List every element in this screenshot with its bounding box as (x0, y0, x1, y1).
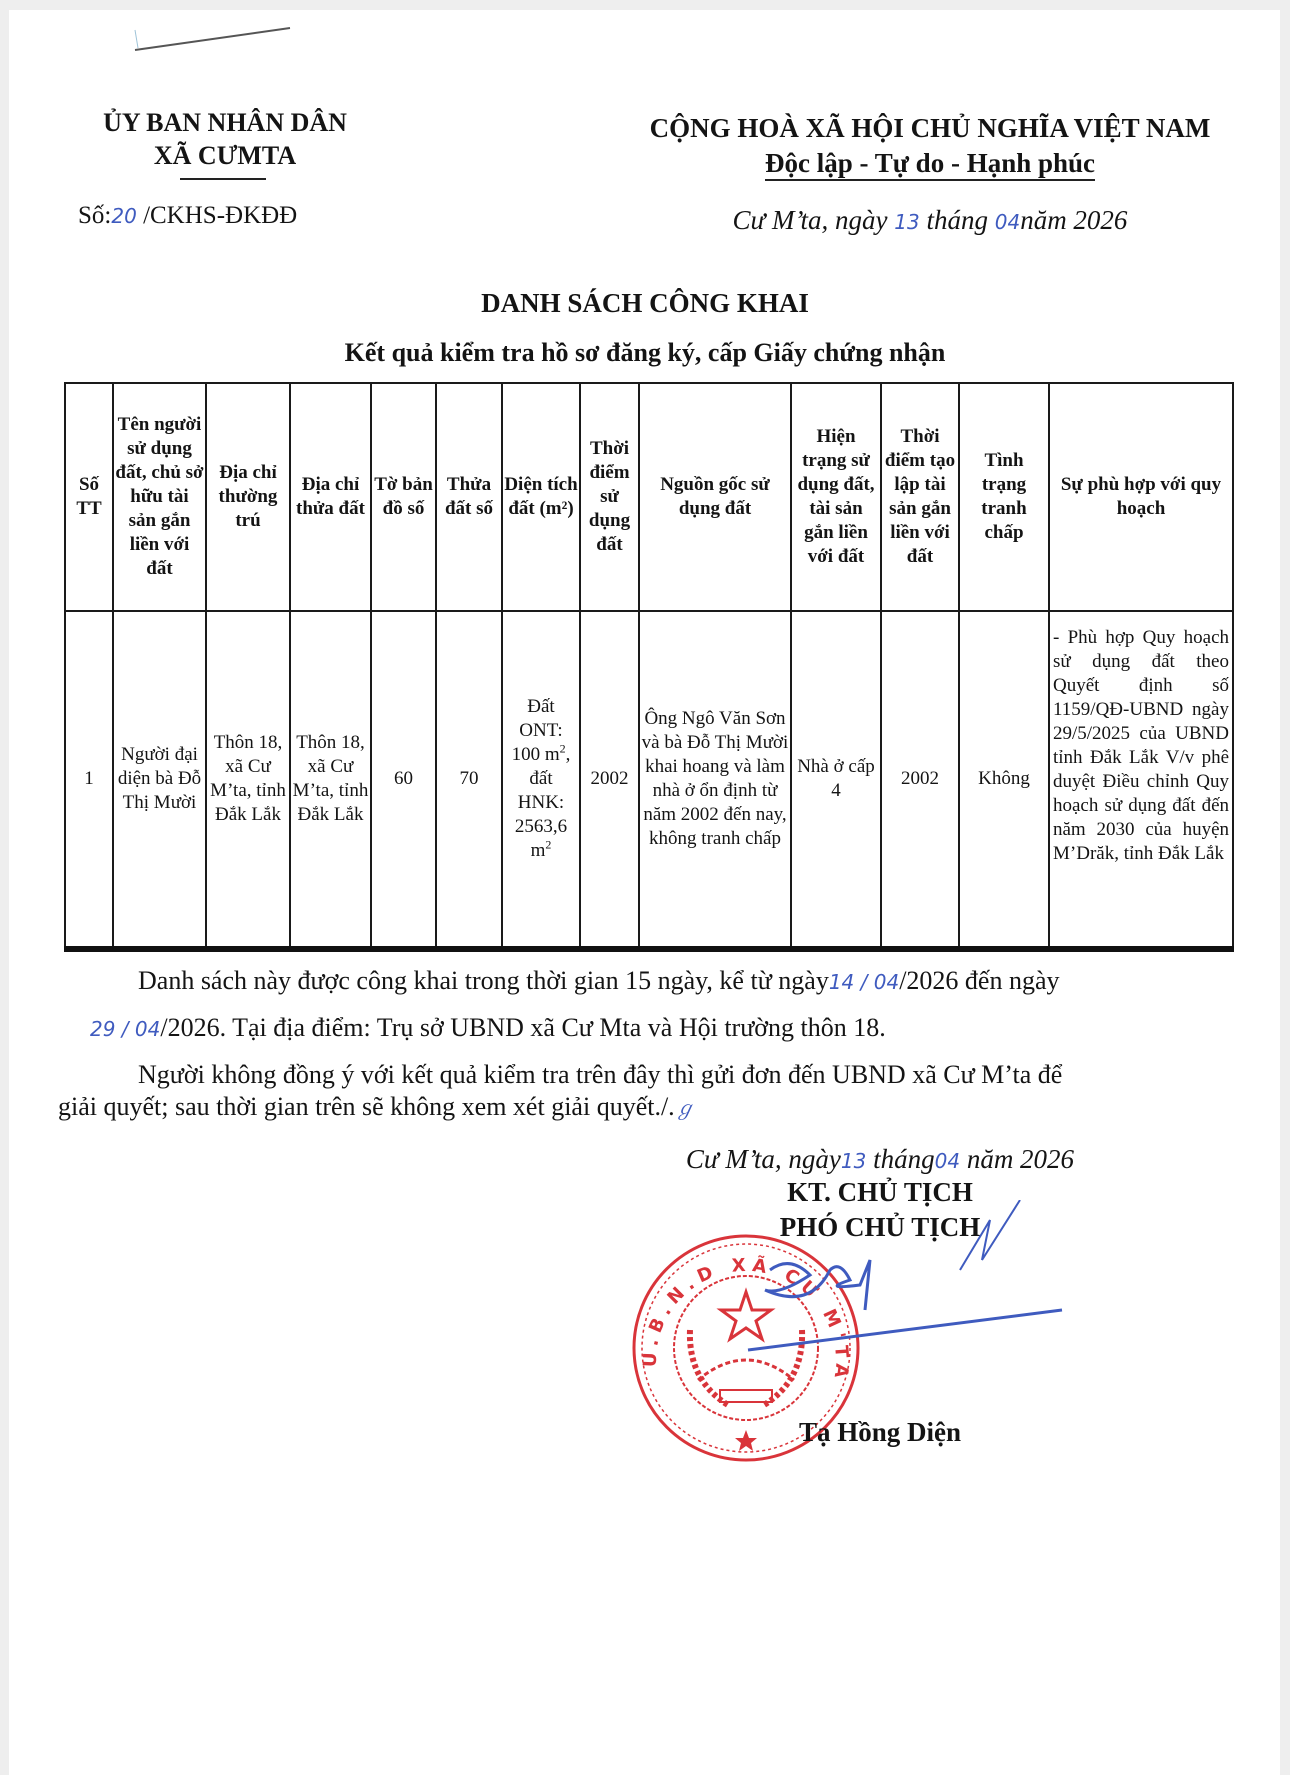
results-table: Số TT Tên người sử dụng đất, chủ sở hữu … (64, 382, 1234, 952)
to-date-handwritten: 29 / 04 (90, 1017, 160, 1041)
col-use-time: Thời điểm sử dụng đất (580, 383, 639, 611)
cell-residence: Thôn 18, xã Cư M’ta, tỉnh Đắk Lắk (206, 611, 290, 949)
cell-asset-time: 2002 (881, 611, 959, 949)
document-subtitle: Kết quả kiểm tra hồ sơ đăng ký, cấp Giấy… (10, 338, 1280, 368)
initials-mark: ℊ (675, 1096, 695, 1120)
org-underline (180, 178, 266, 180)
col-stt: Số TT (65, 383, 113, 611)
notice-period-line2: 29 / 04/2026. Tại địa điểm: Trụ sở UBND … (62, 1015, 1260, 1042)
cell-parcel-address: Thôn 18, xã Cư M’ta, tỉnh Đắk Lắk (290, 611, 371, 949)
national-motto: Độc lập - Tự do - Hạnh phúc (610, 148, 1250, 179)
signature-date: Cư M’ta, ngày13 tháng04 năm 2026 (600, 1144, 1160, 1175)
appeal-line2: giải quyết; sau thời gian trên sẽ không … (58, 1094, 1228, 1121)
document-number: Số:20 /CKHS-ĐKĐĐ (78, 202, 297, 230)
col-parcel-address: Địa chỉ thửa đất (290, 383, 371, 611)
cell-name: Người đại diện bà Đỗ Thị Mười (113, 611, 206, 949)
cell-area: Đất ONT: 100 m2, đất HNK: 2563,6 m2 (502, 611, 580, 949)
org-name-line1: ỦY BAN NHÂN DÂN (60, 108, 390, 138)
cell-dispute: Không (959, 611, 1049, 949)
cell-map-sheet: 60 (371, 611, 436, 949)
republic-name: CỘNG HOÀ XÃ HỘI CHỦ NGHĨA VIỆT NAM (610, 113, 1250, 144)
cell-stt: 1 (65, 611, 113, 949)
col-planning: Sự phù hợp với quy hoạch (1049, 383, 1233, 611)
cell-parcel-no: 70 (436, 611, 502, 949)
col-residence: Địa chỉ thường trú (206, 383, 290, 611)
cell-current-use: Nhà ở cấp 4 (791, 611, 881, 949)
from-date-handwritten: 14 / 04 (829, 970, 899, 994)
cell-use-time: 2002 (580, 611, 639, 949)
col-dispute: Tình trạng tranh chấp (959, 383, 1049, 611)
col-current-use: Hiện trạng sử dụng đất, tài sản gắn liền… (791, 383, 881, 611)
signature-handwritten (720, 1200, 1080, 1380)
document-title: DANH SÁCH CÔNG KHAI (10, 288, 1280, 319)
col-area: Diện tích đất (m²) (502, 383, 580, 611)
col-origin: Nguồn gốc sử dụng đất (639, 383, 791, 611)
col-asset-time: Thời điểm tạo lập tài sản gắn liền với đ… (881, 383, 959, 611)
issue-date: Cư M’ta, ngày 13 tháng 04năm 2026 (610, 205, 1250, 236)
pen-mark (130, 20, 310, 60)
notice-period-line1: Danh sách này được công khai trong thời … (62, 968, 1232, 995)
appeal-line1: Người không đồng ý với kết quả kiểm tra … (62, 1062, 1232, 1088)
col-parcel-no: Thửa đất số (436, 383, 502, 611)
doc-no-handwritten: 20 (111, 204, 136, 228)
cell-planning: - Phù hợp Quy hoạch sử dụng đất theo Quy… (1049, 611, 1233, 949)
table-row: 1 Người đại diện bà Đỗ Thị Mười Thôn 18,… (65, 611, 1233, 949)
cell-origin: Ông Ngô Văn Sơn và bà Đỗ Thị Mười khai h… (639, 611, 791, 949)
signer-name: Tạ Hồng Diện (600, 1417, 1160, 1448)
table-header-row: Số TT Tên người sử dụng đất, chủ sở hữu … (65, 383, 1233, 611)
org-name-line2: XÃ CƯMTA (60, 141, 390, 171)
col-map-sheet: Tờ bản đồ số (371, 383, 436, 611)
col-name: Tên người sử dụng đất, chủ sở hữu tài sả… (113, 383, 206, 611)
